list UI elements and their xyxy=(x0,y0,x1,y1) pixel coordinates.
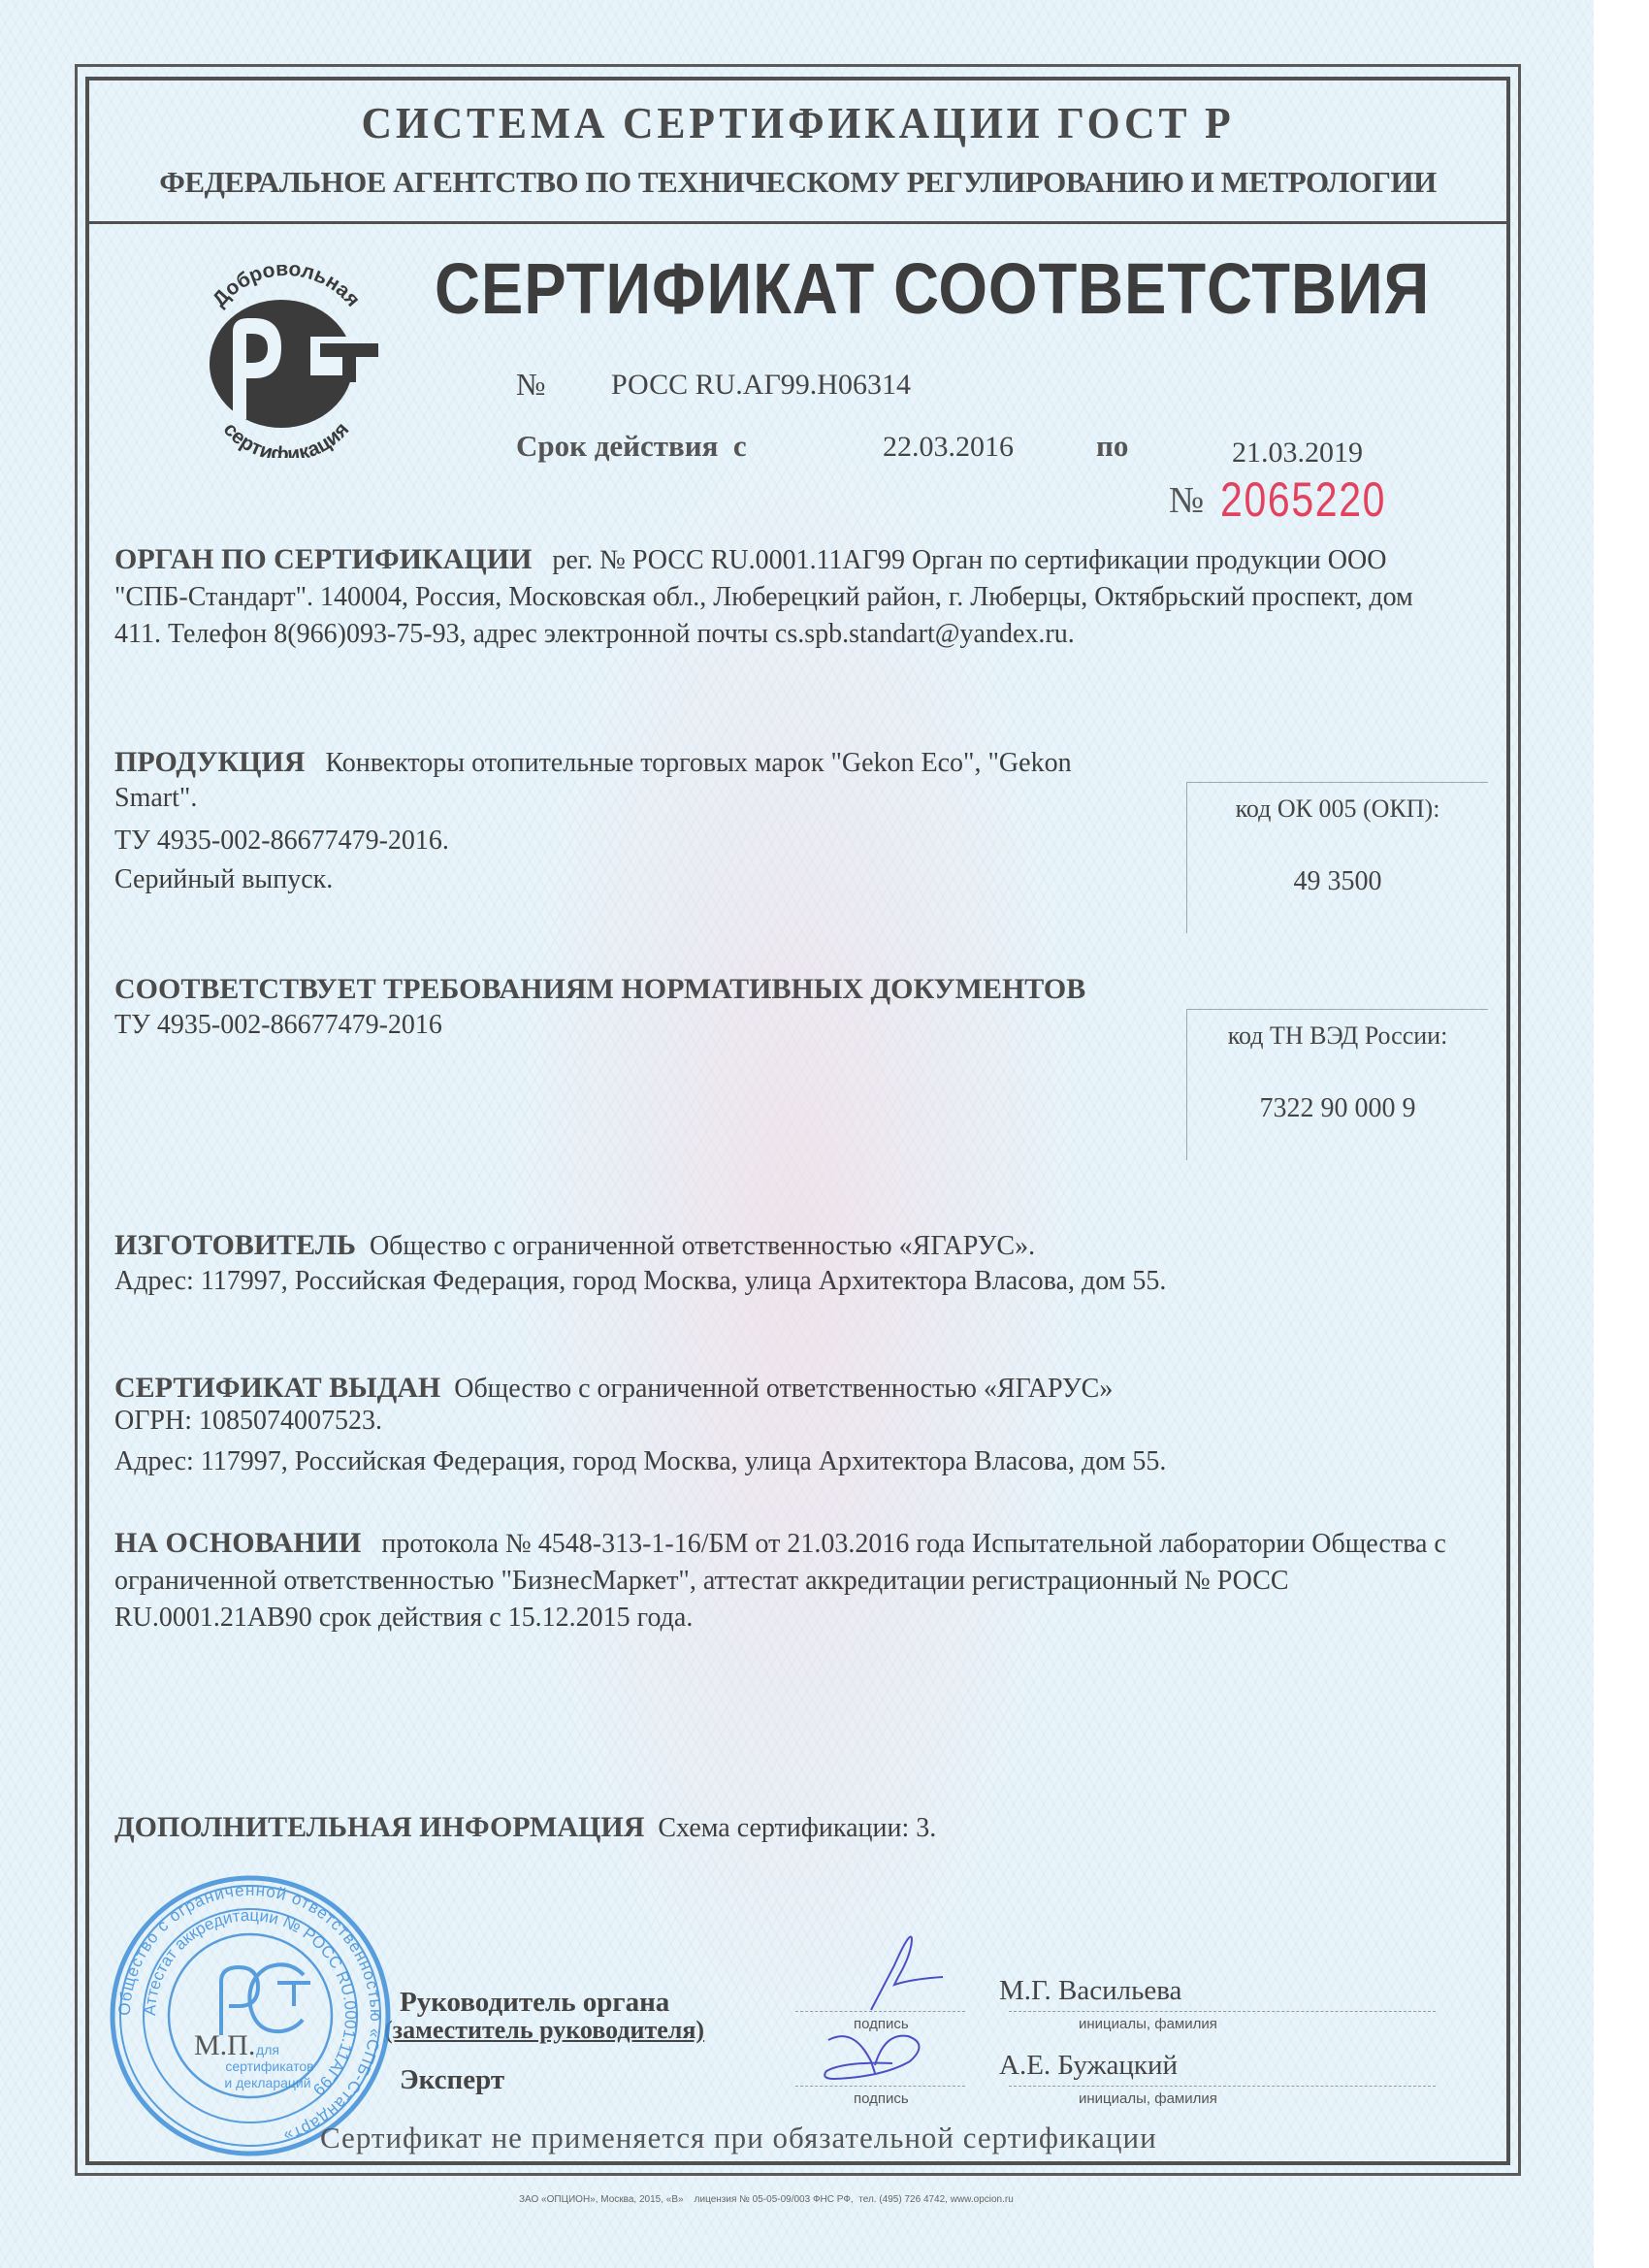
tnved-code-box: код ТН ВЭД России: 7322 90 000 9 xyxy=(1186,1009,1488,1160)
expert-name-caption: инициалы, фамилия xyxy=(1079,2090,1217,2107)
head-role-sublabel: (заместитель руководителя) xyxy=(384,2016,704,2045)
issued-to-address: Адрес: 117997, Российская Федерация, гор… xyxy=(114,1443,1166,1480)
system-title: СИСТЕМА СЕРТИФИКАЦИИ ГОСТ Р xyxy=(121,97,1475,148)
okp-code-caption: код ОК 005 (ОКП): xyxy=(1187,794,1488,824)
expert-signature-icon xyxy=(815,2023,931,2090)
blank-serial-number: 2065220 xyxy=(1220,471,1386,528)
certificate-number: РОСС RU.АГ99.Н06314 xyxy=(611,369,911,402)
manufacturer-line: ИЗГОТОВИТЕЛЬ Общество с ограниченной отв… xyxy=(114,1228,1035,1265)
valid-to-date: 21.03.2019 xyxy=(1232,437,1363,470)
svg-text:и деклараций: и деклараций xyxy=(224,2075,310,2090)
head-role-label: Руководитель органа xyxy=(400,1987,669,2019)
agency-title: ФЕДЕРАЛЬНОЕ АГЕНТСТВО ПО ТЕХНИЧЕСКОМУ РЕ… xyxy=(85,165,1510,200)
head-name: М.Г. Васильева xyxy=(999,1975,1181,2007)
valid-from-date: 22.03.2016 xyxy=(883,431,1014,464)
svg-text:М.П.: М.П. xyxy=(194,2029,255,2061)
expert-name-line xyxy=(1009,2086,1436,2087)
head-signature-caption: подпись xyxy=(854,2016,909,2032)
certification-body-heading: ОРГАН ПО СЕРТИФИКАЦИИ xyxy=(114,543,532,575)
head-name-caption: инициалы, фамилия xyxy=(1079,2016,1217,2032)
organization-seal-stamp-icon: Общество с ограниченной ответственностью… xyxy=(105,1870,396,2161)
conforms-document: ТУ 4935-002-86677479-2016 xyxy=(114,1007,442,1044)
additional-info-line: ДОПОЛНИТЕЛЬНАЯ ИНФОРМАЦИЯ Схема сертифик… xyxy=(114,1810,936,1847)
header-divider xyxy=(85,221,1510,224)
conforms-heading: СООТВЕТСТВУЕТ ТРЕБОВАНИЯМ НОРМАТИВНЫХ ДО… xyxy=(114,973,1085,1006)
issued-to-name: Общество с ограниченной ответственностью… xyxy=(454,1374,1113,1404)
certificate-title: СЕРТИФИКАТ СООТВЕТСТВИЯ xyxy=(435,247,1430,330)
basis-section: НА ОСНОВАНИИ протокола № 4548-313-1-16/Б… xyxy=(114,1525,1472,1636)
valid-to-label: по xyxy=(1096,429,1128,464)
product-spec: ТУ 4935-002-86677479-2016. xyxy=(114,823,449,859)
manufacturer-address: Адрес: 117997, Российская Федерация, гор… xyxy=(114,1263,1166,1300)
manufacturer-heading: ИЗГОТОВИТЕЛЬ xyxy=(114,1229,356,1261)
expert-signature-caption: подпись xyxy=(854,2090,909,2107)
certification-body-section: ОРГАН ПО СЕРТИФИКАЦИИ рег. № РОСС RU.000… xyxy=(114,541,1463,653)
footer-disclaimer: Сертификат не применяется при обязательн… xyxy=(320,2121,1157,2155)
svg-text:для: для xyxy=(256,2042,279,2057)
printer-imprint: ЗАО «ОПЦИОН», Москва, 2015, «В» лицензия… xyxy=(519,2194,1014,2205)
additional-info-text: Схема сертификации: 3. xyxy=(658,1813,936,1843)
basis-heading: НА ОСНОВАНИИ xyxy=(114,1527,361,1559)
product-section: ПРОДУКЦИЯ Конвекторы отопительные торгов… xyxy=(114,745,1143,816)
blank-number-label: № xyxy=(1169,479,1204,522)
expert-name: А.Е. Бужацкий xyxy=(999,2050,1178,2082)
tnved-code-caption: код ТН ВЭД России: xyxy=(1187,1021,1488,1051)
okp-code-box: код ОК 005 (ОКП): 49 3500 xyxy=(1186,782,1488,933)
manufacturer-name: Общество с ограниченной ответственностью… xyxy=(370,1231,1035,1261)
certificate-number-label: № xyxy=(516,367,546,403)
rst-voluntary-certification-logo-icon: Добровольная сертификация xyxy=(184,254,388,458)
product-heading: ПРОДУКЦИЯ xyxy=(114,746,305,778)
issued-to-ogrn: ОГРН: 1085074007523. xyxy=(114,1403,382,1440)
expert-role-label: Эксперт xyxy=(400,2064,504,2096)
head-signature-icon xyxy=(834,1921,980,2018)
head-name-line xyxy=(1009,2011,1436,2012)
issued-to-heading: СЕРТИФИКАТ ВЫДАН xyxy=(114,1372,440,1404)
tnved-code-value: 7322 90 000 9 xyxy=(1187,1093,1488,1124)
okp-code-value: 49 3500 xyxy=(1187,866,1488,897)
validity-label: Срок действия с xyxy=(516,429,747,464)
production-type: Серийный выпуск. xyxy=(114,861,333,898)
additional-info-heading: ДОПОЛНИТЕЛЬНАЯ ИНФОРМАЦИЯ xyxy=(114,1811,644,1843)
